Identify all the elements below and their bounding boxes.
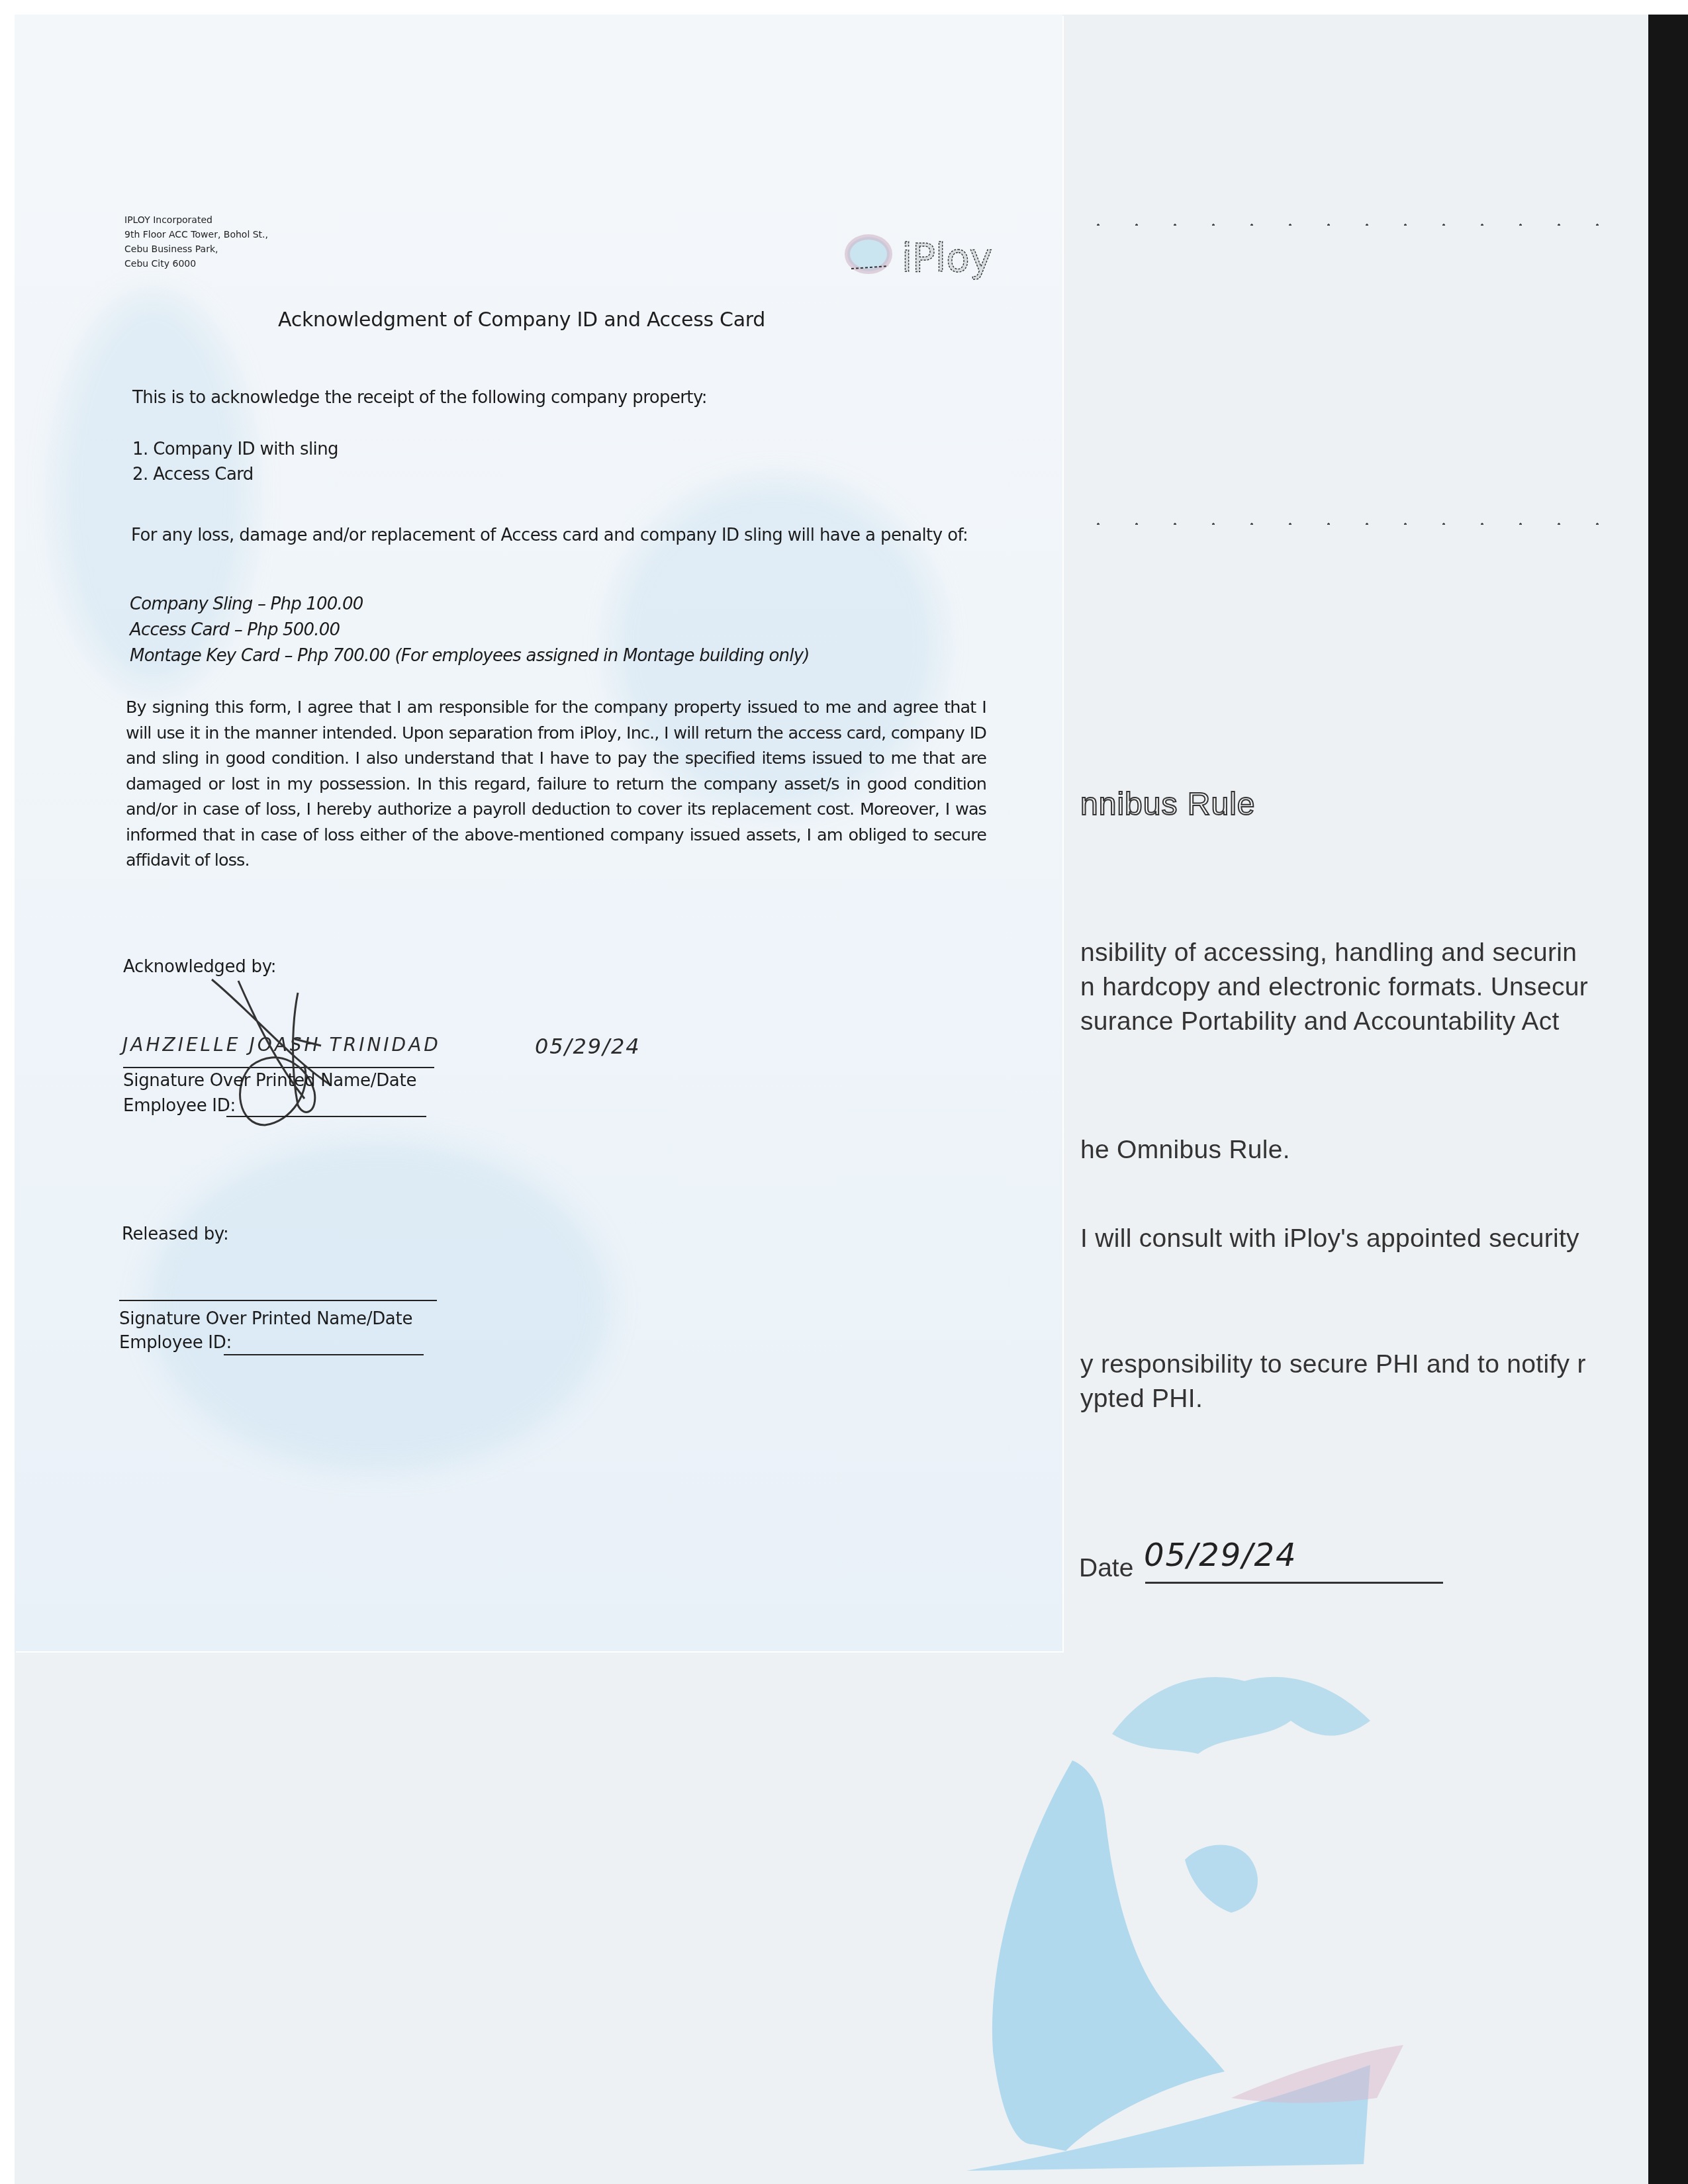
fee-item: Montage Key Card – Php 700.00 (For emplo… <box>130 643 810 669</box>
employee-id-field[interactable] <box>226 1116 426 1117</box>
date-line <box>1145 1582 1443 1584</box>
back-page-line: ypted PHI. <box>1080 1385 1203 1414</box>
intro-text: This is to acknowledge the receipt of th… <box>132 385 707 410</box>
back-page-line: y responsibility to secure PHI and to no… <box>1080 1350 1586 1379</box>
agreement-paragraph: By signing this form, I agree that I am … <box>126 695 986 874</box>
svg-text:iPloy: iPloy <box>902 236 992 281</box>
signature-date: 05/29/24 <box>535 1034 641 1059</box>
address-line: Cebu Business Park, <box>124 242 268 257</box>
back-page-line: nsibility of accessing, handling and sec… <box>1080 938 1577 968</box>
property-list: 1. Company ID with sling 2. Access Card <box>132 437 338 487</box>
fee-item: Access Card – Php 500.00 <box>130 617 810 643</box>
list-item: 1. Company ID with sling <box>132 437 338 462</box>
employee-id-field[interactable] <box>224 1354 424 1355</box>
list-item: 2. Access Card <box>132 462 338 487</box>
employee-id-label: Employee ID: <box>123 1096 236 1116</box>
released-by-label: Released by: <box>122 1224 229 1244</box>
back-page-title: nnibus Rule <box>1080 786 1256 823</box>
penalty-fee-list: Company Sling – Php 100.00 Access Card –… <box>130 592 810 669</box>
back-page-line: I will consult with iPloy's appointed se… <box>1080 1224 1579 1253</box>
back-page-line: n hardcopy and electronic formats. Unsec… <box>1080 973 1588 1002</box>
handwritten-date: 05/29/24 <box>1144 1537 1297 1574</box>
faded-text-line <box>1079 523 1622 525</box>
penalty-intro: For any loss, damage and/or replacement … <box>131 523 985 548</box>
address-line: 9th Floor ACC Tower, Bohol St., <box>124 228 268 242</box>
globe-hand-icon: iPloy <box>842 228 1041 287</box>
signature-caption: Signature Over Printed Name/Date <box>119 1309 412 1329</box>
globe-watermark-icon <box>947 1641 1609 2184</box>
page-title: Acknowledgment of Company ID and Access … <box>278 308 765 332</box>
company-address: IPLOY Incorporated 9th Floor ACC Tower, … <box>124 213 268 271</box>
date-label: Date <box>1079 1554 1133 1583</box>
address-line: Cebu City 6000 <box>124 257 268 271</box>
fee-item: Company Sling – Php 100.00 <box>130 592 810 617</box>
employee-id-label: Employee ID: <box>119 1333 232 1353</box>
signature-caption: Signature Over Printed Name/Date <box>123 1071 416 1091</box>
back-page-line: surance Portability and Accountability A… <box>1080 1007 1560 1036</box>
address-line: IPLOY Incorporated <box>124 213 268 228</box>
scanner-edge <box>1648 15 1688 2184</box>
iploy-logo: iPloy <box>842 228 1041 287</box>
faded-text-line <box>1079 224 1622 226</box>
back-page-line: he Omnibus Rule. <box>1080 1136 1290 1165</box>
signature-line[interactable] <box>119 1300 437 1301</box>
